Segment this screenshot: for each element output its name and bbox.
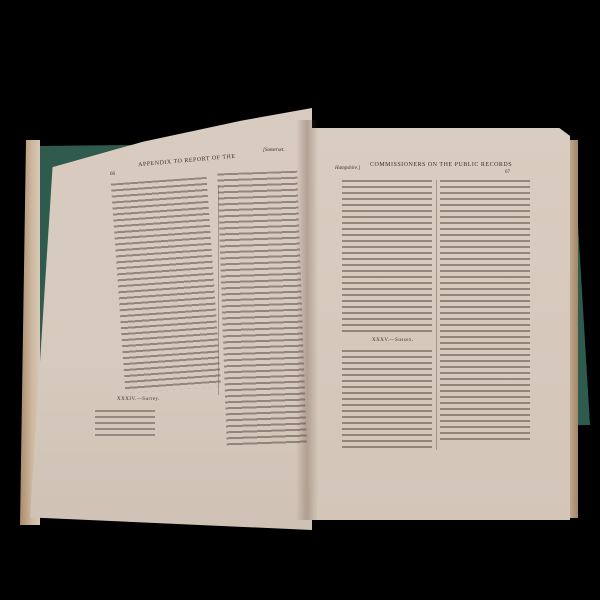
right-running-head: COMMISSIONERS ON THE PUBLIC RECORDS: [370, 162, 512, 168]
left-section-heading: XXXIV.—Surrey.: [115, 397, 162, 402]
left-column-rule: [218, 185, 219, 395]
left-section-tag: [Somerset.: [263, 148, 285, 153]
right-section-heading: XXXV.—Sussex.: [370, 338, 416, 343]
right-column-1-lower-text: [342, 350, 432, 450]
right-column-2-text: [440, 180, 530, 440]
right-column-rule: [436, 180, 437, 450]
right-page-number: 67: [505, 170, 510, 175]
right-column-1-text: [342, 180, 432, 335]
left-column-1-text: [111, 177, 221, 393]
left-column-1-lower-text: [95, 410, 155, 438]
right-section-tag: Hampshire.]: [335, 166, 360, 171]
left-column-2-text: [217, 171, 307, 449]
photo-scene: 66 APPENDIX TO REPORT OF THE [Somerset. …: [0, 0, 600, 600]
left-page-number: 66: [110, 172, 115, 177]
